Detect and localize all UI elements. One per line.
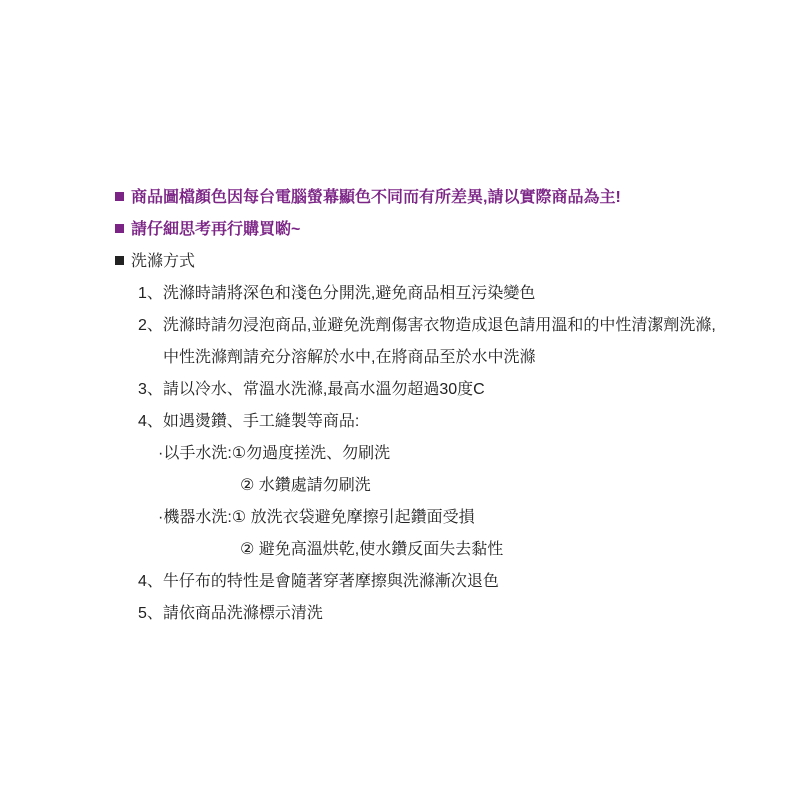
care-item-number: 5、 — [138, 605, 163, 622]
hand-wash-line: ·以手水洗:①勿過度搓洗、勿刷洗 — [115, 438, 785, 470]
machine-wash-label: ·機器水洗: — [158, 509, 232, 526]
hand-wash-step2-text: ② 水鑽處請勿刷洗 — [240, 477, 371, 494]
care-item-number: 4、 — [138, 413, 163, 430]
care-item-text: 牛仔布的特性是會隨著穿著摩擦與洗滌漸次退色 — [163, 573, 499, 590]
bullet-square-icon — [115, 256, 124, 265]
care-item: 4、如遇燙鑽、手工縫製等商品: — [115, 406, 785, 438]
care-item-continuation: 中性洗滌劑請充分溶解於水中,在將商品至於水中洗滌 — [115, 342, 785, 374]
care-item: 5、請依商品洗滌標示清洗 — [115, 598, 785, 630]
notice-text: 請仔細思考再行購買喲~ — [131, 221, 300, 238]
care-item-text: 請依商品洗滌標示清洗 — [163, 605, 323, 622]
hand-wash-step2: ② 水鑽處請勿刷洗 — [115, 470, 785, 502]
product-care-document: 商品圖檔顏色因每台電腦螢幕顯色不同而有所差異,請以實際商品為主! 請仔細思考再行… — [115, 182, 785, 630]
notice-line: 請仔細思考再行購買喲~ — [115, 214, 785, 246]
care-item-text: 如遇燙鑽、手工縫製等商品: — [163, 413, 359, 430]
notice-line: 商品圖檔顏色因每台電腦螢幕顯色不同而有所差異,請以實際商品為主! — [115, 182, 785, 214]
care-item: 4、牛仔布的特性是會隨著穿著摩擦與洗滌漸次退色 — [115, 566, 785, 598]
care-item-text: 洗滌時請將深色和淺色分開洗,避免商品相互污染變色 — [163, 285, 535, 302]
care-item-number: 3、 — [138, 381, 163, 398]
care-item: 1、洗滌時請將深色和淺色分開洗,避免商品相互污染變色 — [115, 278, 785, 310]
care-item-number: 1、 — [138, 285, 163, 302]
machine-wash-step2-text: ② 避免高溫烘乾,使水鑽反面失去黏性 — [240, 541, 503, 558]
bullet-square-icon — [115, 224, 124, 233]
bullet-square-icon — [115, 192, 124, 201]
machine-wash-step1: ① 放洗衣袋避免摩擦引起鑽面受損 — [232, 509, 475, 526]
care-item: 3、請以冷水、常溫水洗滌,最高水溫勿超過30度C — [115, 374, 785, 406]
care-item-text: 請以冷水、常溫水洗滌,最高水溫勿超過30度C — [163, 381, 485, 398]
section-heading-text: 洗滌方式 — [131, 253, 195, 270]
care-item: 2、洗滌時請勿浸泡商品,並避免洗劑傷害衣物造成退色請用溫和的中性清潔劑洗滌, — [115, 310, 785, 342]
notice-text: 商品圖檔顏色因每台電腦螢幕顯色不同而有所差異,請以實際商品為主! — [131, 189, 621, 206]
hand-wash-step1: ①勿過度搓洗、勿刷洗 — [232, 445, 390, 462]
machine-wash-line: ·機器水洗:① 放洗衣袋避免摩擦引起鑽面受損 — [115, 502, 785, 534]
section-heading: 洗滌方式 — [115, 246, 785, 278]
care-item-number: 4、 — [138, 573, 163, 590]
care-item-number: 2、 — [138, 317, 163, 334]
hand-wash-label: ·以手水洗: — [158, 445, 232, 462]
machine-wash-step2: ② 避免高溫烘乾,使水鑽反面失去黏性 — [115, 534, 785, 566]
care-item-text: 洗滌時請勿浸泡商品,並避免洗劑傷害衣物造成退色請用溫和的中性清潔劑洗滌, — [163, 317, 716, 334]
care-item-text: 中性洗滌劑請充分溶解於水中,在將商品至於水中洗滌 — [163, 349, 535, 366]
